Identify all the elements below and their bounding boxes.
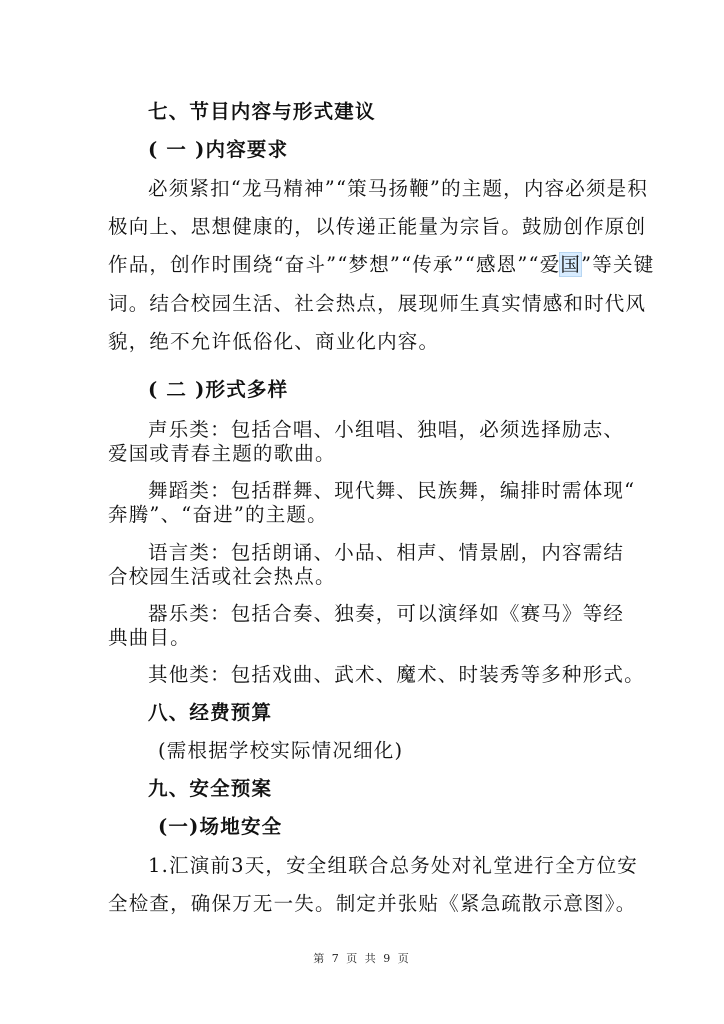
subsection-heading-content-requirements: ( 一 )内容要求 bbox=[148, 134, 660, 162]
page-number-footer: 第 7 页 共 9 页 bbox=[0, 950, 724, 966]
list-item-other: 其他类：包括戏曲、武术、魔术、时装秀等多种形式。 bbox=[148, 659, 660, 687]
paragraph-line: 极向上、思想健康的，以传递正能量为宗旨。鼓励创作原创 bbox=[108, 211, 620, 239]
list-item-language-line2: 合校园生活或社会热点。 bbox=[108, 561, 620, 589]
text-selection-highlight: 国 bbox=[560, 253, 581, 276]
subsection-heading-diverse-forms: ( 二 )形式多样 bbox=[148, 374, 660, 402]
subsection-heading-venue-safety: (一)场地安全 bbox=[158, 811, 670, 839]
section-heading-7: 七、节目内容与形式建议 bbox=[148, 96, 660, 124]
budget-note: (需根据学校实际情况细化) bbox=[158, 735, 670, 763]
text-run: 作品，创作时围绕“奋斗”“梦想”“传承”“感恩”“爱 bbox=[108, 253, 560, 276]
paragraph-line: 必须紧扣“龙马精神”“策马扬鞭”的主题，内容必须是积 bbox=[148, 173, 660, 201]
text-run: ”等关键 bbox=[581, 253, 654, 276]
document-page: 七、节目内容与形式建议 ( 一 )内容要求 必须紧扣“龙马精神”“策马扬鞭”的主… bbox=[0, 0, 724, 1024]
list-item-instrumental-line2: 典曲目。 bbox=[108, 622, 620, 650]
section-heading-9: 九、安全预案 bbox=[148, 773, 660, 801]
paragraph-line: 1.汇演前3天，安全组联合总务处对礼堂进行全方位安 bbox=[148, 850, 660, 878]
section-heading-8: 八、经费预算 bbox=[148, 697, 660, 725]
paragraph-line: 词。结合校园生活、社会热点，展现师生真实情感和时代风 bbox=[108, 288, 620, 316]
paragraph-line: 作品，创作时围绕“奋斗”“梦想”“传承”“感恩”“爱国”等关键 bbox=[108, 249, 620, 277]
list-item-dance-line2: 奔腾”、“奋进”的主题。 bbox=[108, 499, 620, 527]
list-item-vocal-line2: 爱国或青春主题的歌曲。 bbox=[108, 438, 620, 466]
paragraph-line: 全检查，确保万无一失。制定并张贴《紧急疏散示意图》。 bbox=[108, 888, 620, 916]
paragraph-line: 貌，绝不允许低俗化、商业化内容。 bbox=[108, 326, 620, 354]
